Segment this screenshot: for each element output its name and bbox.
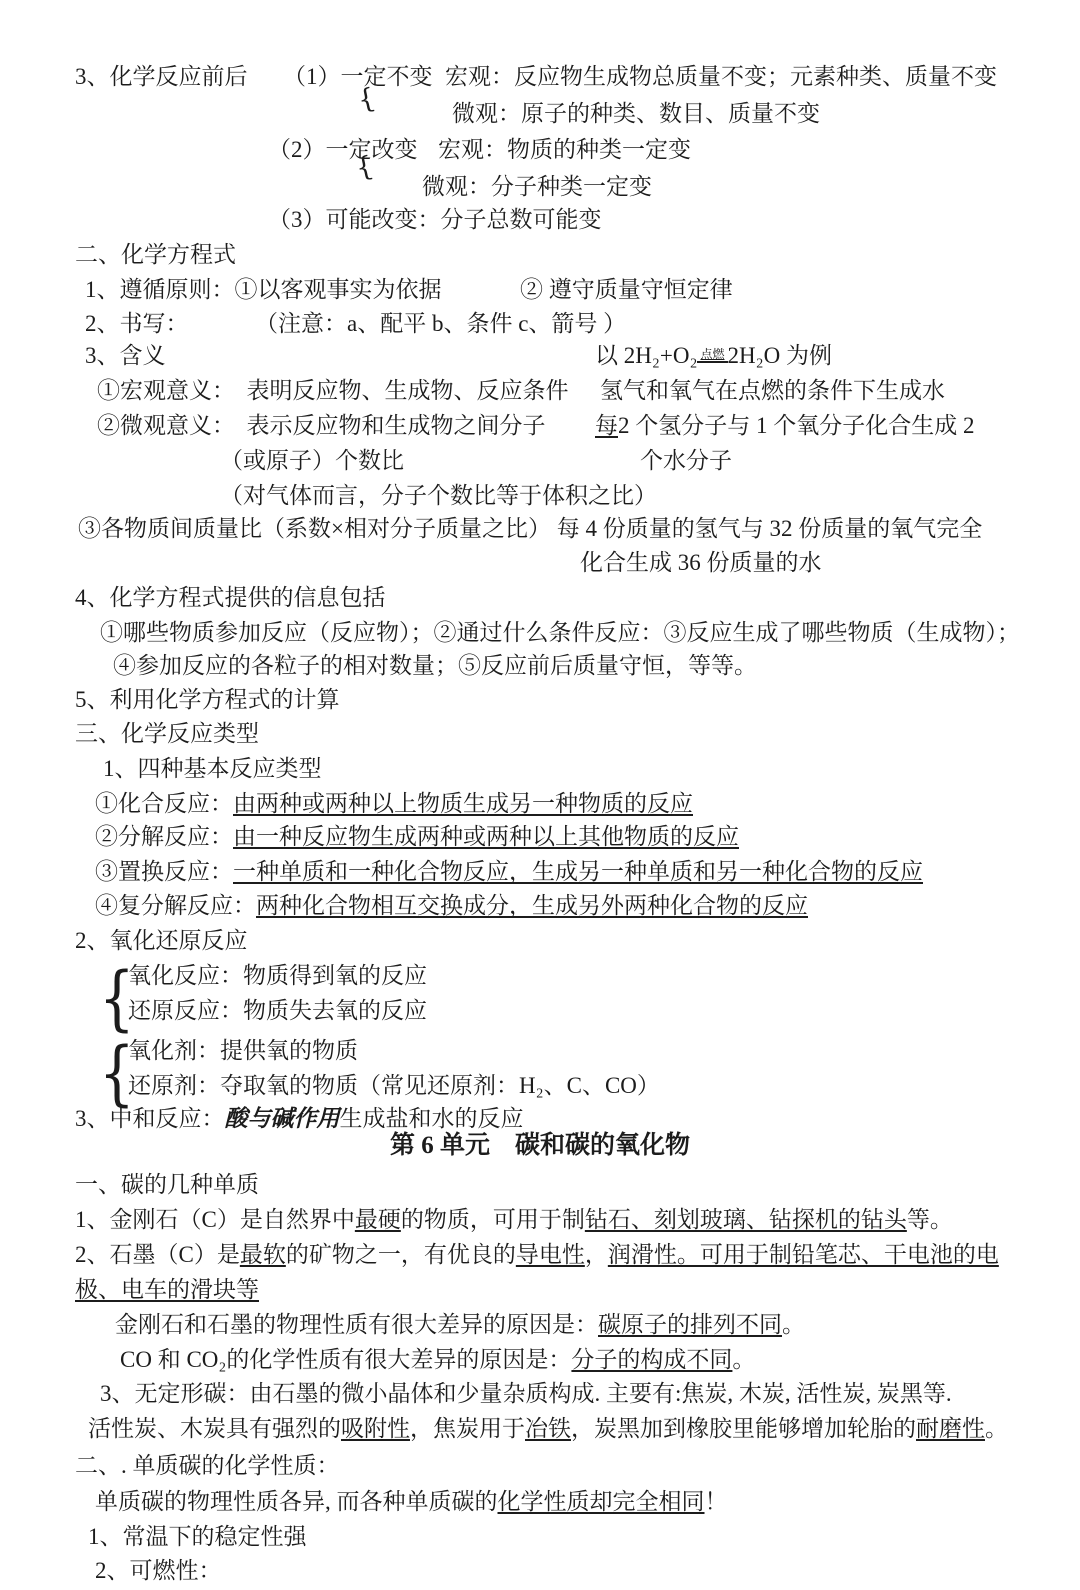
line-reducer: 还原剂：夺取氧的物质（常见还原剂：H₂、C、CO） xyxy=(128,1071,660,1101)
text-segment: 1、常温下的稳定性强 xyxy=(88,1524,307,1549)
text-segment: 还原反应：物质失去氧的反应 xyxy=(128,998,427,1023)
underlined-text: 最软 xyxy=(240,1242,286,1267)
line-gas-volume-note: （对气体而言，分子个数比等于体积之比） xyxy=(220,481,657,511)
bold-italic-text: 酸与碱作用 xyxy=(225,1106,340,1131)
underlined-text: 冶铁 xyxy=(525,1416,571,1441)
text-segment: ①化合反应： xyxy=(95,791,233,816)
line-atom-ratio: （或原子）个数比 xyxy=(220,446,404,476)
line-macro-example: 氢气和氧气在点燃的条件下生成水 xyxy=(600,376,945,406)
text-segment: （3）可能改变：分子总数可能变 xyxy=(268,207,602,232)
line-amorphous-carbon: 3、无定形碳：由石墨的微小晶体和少量杂质构成. 主要有:焦炭, 木炭, 活性炭,… xyxy=(100,1379,952,1409)
underlined-text: 导电性 xyxy=(516,1242,585,1267)
text-segment: 二、. 单质碳的化学性质： xyxy=(75,1453,340,1478)
line-neutralization: 3、中和反应：酸与碱作用生成盐和水的反应 xyxy=(75,1104,524,1134)
unit-heading: 第 6 单元 碳和碳的氧化物 xyxy=(0,1131,1080,1161)
line-diamond-graphite-diff: 金刚石和石墨的物理性质有很大差异的原因是：碳原子的排列不同。 xyxy=(115,1310,805,1340)
line-micro-changed: 微观：分子种类一定变 xyxy=(422,172,652,202)
underlined-text: 最硬 xyxy=(355,1207,401,1232)
underlined-text: 钻石、刻划玻璃、钻探机的钻头 xyxy=(585,1207,907,1232)
text-segment: 的矿物之一，有优良的 xyxy=(286,1242,516,1267)
underlined-text: 两种化合物相互交换成分，生成另外两种化合物的反应 xyxy=(256,893,808,918)
text-segment: 1、四种基本反应类型 xyxy=(103,756,322,781)
text-segment: 二、化学方程式 xyxy=(75,242,236,267)
text-segment: 等。 xyxy=(907,1207,953,1232)
underlined-text: 吸附性 xyxy=(341,1416,410,1441)
equation-right: 2H₂O 为例 xyxy=(728,343,833,368)
section-reaction-types: 三、化学反应类型 xyxy=(75,719,259,749)
line-diamond: 1、金刚石（C）是自然界中最硬的物质，可用于制钻石、刻划玻璃、钻探机的钻头等。 xyxy=(75,1205,953,1235)
text-segment: 生成盐和水的反应 xyxy=(340,1106,524,1131)
line-macro-unchanged: 宏观：反应物生成物总质量不变；元素种类、质量不变 xyxy=(445,62,997,92)
text-segment: （2）一定改变 xyxy=(268,137,418,162)
text-segment: 的物质，可用于制 xyxy=(401,1207,585,1232)
text-segment: ③各物质间质量比（系数×相对分子质量之比） 每 4 份质量的氢气与 32 份质量… xyxy=(78,516,982,541)
text-segment: 金刚石和石墨的物理性质有很大差异的原因是： xyxy=(115,1312,598,1337)
document-page: 3、化学反应前后 （1）一定不变 宏观：反应物生成物总质量不变；元素种类、质量不… xyxy=(0,0,1080,1590)
underlined-text: 由两种或两种以上物质生成另一种物质的反应 xyxy=(233,791,693,816)
line-double-displacement: ④复分解反应：两种化合物相互交换成分，生成另外两种化合物的反应 xyxy=(95,891,808,921)
text-segment: 一、碳的几种单质 xyxy=(75,1172,259,1197)
text-segment: 氧化反应：物质得到氧的反应 xyxy=(128,963,427,988)
line-macro-changed: 宏观：物质的种类一定变 xyxy=(438,135,691,165)
text-segment: 2、石墨（C）是 xyxy=(75,1242,240,1267)
underlined-text: 润滑性。可用于制铅笔芯、干电池的电 xyxy=(608,1242,999,1267)
line-must-change: （2）一定改变 xyxy=(268,135,418,165)
line-info-items-2: ④参加反应的各粒子的相对数量；⑤反应前后质量守恒，等等。 xyxy=(113,651,757,681)
text-segment: ②微观意义： 表示反应物和生成物之间分子 xyxy=(97,413,546,438)
section-carbon-chemical-properties: 二、. 单质碳的化学性质： xyxy=(75,1451,340,1481)
line-co-co2-diff: CO 和 CO₂的化学性质有很大差异的原因是：分子的构成不同。 xyxy=(120,1345,755,1375)
text-segment: 氧化剂：提供氧的物质 xyxy=(128,1038,358,1063)
equation-left: 以 2H₂+O₂ xyxy=(595,343,697,368)
text-segment: 2、氧化还原反应 xyxy=(75,928,248,953)
underlined-text: 一种单质和一种化合物反应，生成另一种单质和另一种化合物的反应 xyxy=(233,859,923,884)
line-micro-meaning: ②微观意义： 表示反应物和生成物之间分子 xyxy=(97,411,546,441)
text-segment: ②分解反应： xyxy=(95,824,233,849)
text-segment: 。 xyxy=(732,1347,755,1372)
text-segment: 微观：原子的种类、数目、质量不变 xyxy=(452,101,820,126)
text-segment: 还原剂：夺取氧的物质（常见还原剂：H₂、C、CO） xyxy=(128,1073,660,1098)
text-segment: CO 和 CO₂的化学性质有很大差异的原因是： xyxy=(120,1347,571,1372)
text-segment: 4、化学方程式提供的信息包括 xyxy=(75,585,386,610)
reaction-condition-label: 点燃 xyxy=(697,348,727,363)
section-carbon-allotropes: 一、碳的几种单质 xyxy=(75,1170,259,1200)
text-segment: 个水分子 xyxy=(640,448,732,473)
line-equation-info: 4、化学方程式提供的信息包括 xyxy=(75,583,386,613)
line-may-change: （3）可能改变：分子总数可能变 xyxy=(268,205,602,235)
line-combustibility: 2、可燃性： xyxy=(95,1556,222,1586)
text-segment: ①宏观意义： 表明反应物、生成物、反应条件 xyxy=(97,378,569,403)
line-reduction: 还原反应：物质失去氧的反应 xyxy=(128,996,427,1026)
text-segment: 2、书写： xyxy=(85,311,189,336)
text-segment: ， xyxy=(585,1242,608,1267)
line-decomposition-reaction: ②分解反应：由一种反应物生成两种或两种以上其他物质的反应 xyxy=(95,822,739,852)
line-carbon-properties-same: 单质碳的物理性质各异, 而各种单质碳的化学性质却完全相同！ xyxy=(95,1487,728,1517)
line-carbon-uses: 活性炭、木炭具有强烈的吸附性，焦炭用于冶铁，炭黑加到橡胶里能够增加轮胎的耐磨性。 xyxy=(88,1414,1008,1444)
line-writing: 2、书写： xyxy=(85,309,189,339)
line-combination-reaction: ①化合反应：由两种或两种以上物质生成另一种物质的反应 xyxy=(95,789,693,819)
line-mass-ratio-cont: 化合生成 36 份质量的水 xyxy=(580,548,822,578)
text-segment: 1、金刚石（C）是自然界中 xyxy=(75,1207,355,1232)
section-chemical-equation: 二、化学方程式 xyxy=(75,240,236,270)
line-info-items-1: ①哪些物质参加反应（反应物）；②通过什么条件反应：③反应生成了哪些物质（生成物）… xyxy=(100,618,1020,648)
line-principle-2: ② 遵守质量守恒定律 xyxy=(520,275,733,305)
underlined-text: 每 xyxy=(595,413,618,438)
line-reaction-before-after: 3、化学反应前后 xyxy=(75,62,248,92)
line-stability: 1、常温下的稳定性强 xyxy=(88,1522,307,1552)
text-segment: 宏观：物质的种类一定变 xyxy=(438,137,691,162)
line-micro-unchanged: 微观：原子的种类、数目、质量不变 xyxy=(452,99,820,129)
text-segment: 3、中和反应： xyxy=(75,1106,225,1131)
text-segment: ④参加反应的各粒子的相对数量；⑤反应前后质量守恒，等等。 xyxy=(113,653,757,678)
line-four-basic-types: 1、四种基本反应类型 xyxy=(103,754,322,784)
underlined-text: 由一种反应物生成两种或两种以上其他物质的反应 xyxy=(233,824,739,849)
text-segment: ④复分解反应： xyxy=(95,893,256,918)
line-oxidizer: 氧化剂：提供氧的物质 xyxy=(128,1036,358,1066)
line-micro-example: 每2 个氢分子与 1 个氧分子化合生成 2 xyxy=(595,411,975,441)
text-segment: ①哪些物质参加反应（反应物）；②通过什么条件反应：③反应生成了哪些物质（生成物）… xyxy=(100,620,1020,645)
line-meaning: 3、含义 xyxy=(85,341,166,371)
underlined-text: 极、电车的滑块等 xyxy=(75,1277,259,1302)
line-principles: 1、遵循原则：①以客观事实为依据 xyxy=(85,275,442,305)
text-segment: 3、含义 xyxy=(85,343,166,368)
line-graphite-cont: 极、电车的滑块等 xyxy=(75,1275,259,1305)
text-segment: （或原子）个数比 xyxy=(220,448,404,473)
text-segment: 5、利用化学方程式的计算 xyxy=(75,687,340,712)
text-segment: （注意：a、配平 b、条件 c、箭号 ） xyxy=(255,311,626,336)
line-mass-ratio: ③各物质间质量比（系数×相对分子质量之比） 每 4 份质量的氢气与 32 份质量… xyxy=(78,514,982,544)
underlined-text: 分子的构成不同 xyxy=(571,1347,732,1372)
text-segment: 2 个氢分子与 1 个氧分子化合生成 2 xyxy=(618,413,975,438)
line-graphite: 2、石墨（C）是最软的矿物之一，有优良的导电性，润滑性。可用于制铅笔芯、干电池的… xyxy=(75,1240,999,1270)
text-segment: 微观：分子种类一定变 xyxy=(422,174,652,199)
text-segment: 单质碳的物理性质各异, 而各种单质碳的 xyxy=(95,1489,498,1514)
line-water-molecules: 个水分子 xyxy=(640,446,732,476)
line-writing-note: （注意：a、配平 b、条件 c、箭号 ） xyxy=(255,309,626,339)
underlined-text: 化学性质却完全相同 xyxy=(498,1489,705,1514)
text-segment: ③置换反应： xyxy=(95,859,233,884)
line-displacement-reaction: ③置换反应：一种单质和一种化合物反应，生成另一种单质和另一种化合物的反应 xyxy=(95,857,923,887)
text-segment: 2、可燃性： xyxy=(95,1558,222,1583)
line-macro-meaning: ①宏观意义： 表明反应物、生成物、反应条件 xyxy=(97,376,569,406)
text-segment: ，焦炭用于 xyxy=(410,1416,525,1441)
text-segment: 宏观：反应物生成物总质量不变；元素种类、质量不变 xyxy=(445,64,997,89)
text-segment: （对气体而言，分子个数比等于体积之比） xyxy=(220,483,657,508)
text-segment: ，炭黑加到橡胶里能够增加轮胎的 xyxy=(571,1416,916,1441)
text-segment: 3、化学反应前后 xyxy=(75,64,248,89)
text-segment: 氢气和氧气在点燃的条件下生成水 xyxy=(600,378,945,403)
line-example-equation: 以 2H₂+O₂点燃2H₂O 为例 xyxy=(595,341,832,371)
line-redox: 2、氧化还原反应 xyxy=(75,926,248,956)
underlined-text: 耐磨性 xyxy=(916,1416,985,1441)
heading-text: 第 6 单元 碳和碳的氧化物 xyxy=(390,1132,690,1159)
line-oxidation: 氧化反应：物质得到氧的反应 xyxy=(128,961,427,991)
text-segment: 三、化学反应类型 xyxy=(75,721,259,746)
text-segment: ② 遵守质量守恒定律 xyxy=(520,277,733,302)
text-segment: 化合生成 36 份质量的水 xyxy=(580,550,822,575)
text-segment: ！ xyxy=(705,1489,728,1514)
text-segment: 3、无定形碳：由石墨的微小晶体和少量杂质构成. 主要有:焦炭, 木炭, 活性炭,… xyxy=(100,1381,952,1406)
text-segment: 活性炭、木炭具有强烈的 xyxy=(88,1416,341,1441)
text-segment: 。 xyxy=(985,1416,1008,1441)
underlined-text: 碳原子的排列不同 xyxy=(598,1312,782,1337)
text-segment: 1、遵循原则：①以客观事实为依据 xyxy=(85,277,442,302)
line-equation-calc: 5、利用化学方程式的计算 xyxy=(75,685,340,715)
text-segment: 。 xyxy=(782,1312,805,1337)
